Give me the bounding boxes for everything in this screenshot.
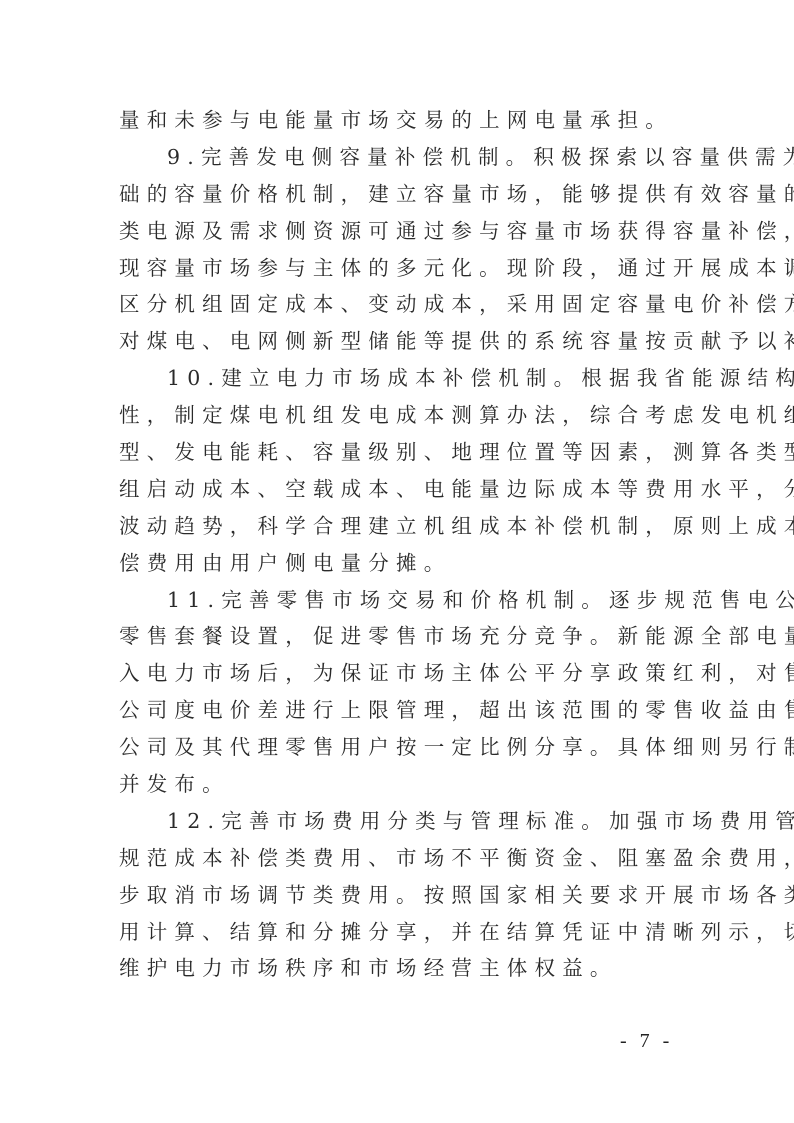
section-12-heading-line: 12.完善市场费用分类与管理标准。加强市场费用管理， — [119, 803, 679, 840]
text-line: 对煤电、电网侧新型储能等提供的系统容量按贡献予以补偿。 — [119, 323, 679, 360]
text-line: 用计算、结算和分摊分享，并在结算凭证中清晰列示，切实 — [119, 914, 679, 951]
text-line: 性，制定煤电机组发电成本测算办法，综合考虑发电机组类 — [119, 397, 679, 434]
text-line: 公司及其代理零售用户按一定比例分享。具体细则另行制定 — [119, 729, 679, 766]
text-line: 类电源及需求侧资源可通过参与容量市场获得容量补偿，实 — [119, 213, 679, 250]
text-line: 规范成本补偿类费用、市场不平衡资金、阻塞盈余费用，逐 — [119, 840, 679, 877]
text-line: 量和未参与电能量市场交易的上网电量承担。 — [119, 102, 679, 139]
text-line: 础的容量价格机制，建立容量市场，能够提供有效容量的各 — [119, 176, 679, 213]
text-line: 零售套餐设置，促进零售市场充分竞争。新能源全部电量进 — [119, 618, 679, 655]
document-body: 量和未参与电能量市场交易的上网电量承担。 9.完善发电侧容量补偿机制。积极探索以… — [119, 102, 679, 987]
text-line: 偿费用由用户侧电量分摊。 — [119, 545, 679, 582]
page-number: - 7 - — [620, 1030, 680, 1053]
text-line: 维护电力市场秩序和市场经营主体权益。 — [119, 950, 679, 987]
text-line: 公司度电价差进行上限管理，超出该范围的零售收益由售电 — [119, 692, 679, 729]
text-line: 区分机组固定成本、变动成本，采用固定容量电价补偿方式， — [119, 286, 679, 323]
document-page: 量和未参与电能量市场交易的上网电量承担。 9.完善发电侧容量补偿机制。积极探索以… — [0, 0, 794, 1123]
section-11-heading-line: 11.完善零售市场交易和价格机制。逐步规范售电公司 — [119, 582, 679, 619]
text-line: 并发布。 — [119, 766, 679, 803]
section-9-heading-line: 9.完善发电侧容量补偿机制。积极探索以容量供需为基 — [119, 139, 679, 176]
text-line: 入电力市场后，为保证市场主体公平分享政策红利，对售电 — [119, 655, 679, 692]
text-line: 步取消市场调节类费用。按照国家相关要求开展市场各类费 — [119, 877, 679, 914]
text-line: 现容量市场参与主体的多元化。现阶段，通过开展成本调查 — [119, 250, 679, 287]
text-line: 型、发电能耗、容量级别、地理位置等因素，测算各类型机 — [119, 434, 679, 471]
text-line: 组启动成本、空载成本、电能量边际成本等费用水平，分析 — [119, 471, 679, 508]
section-10-heading-line: 10.建立电力市场成本补偿机制。根据我省能源结构特 — [119, 360, 679, 397]
text-line: 波动趋势，科学合理建立机组成本补偿机制，原则上成本补 — [119, 508, 679, 545]
